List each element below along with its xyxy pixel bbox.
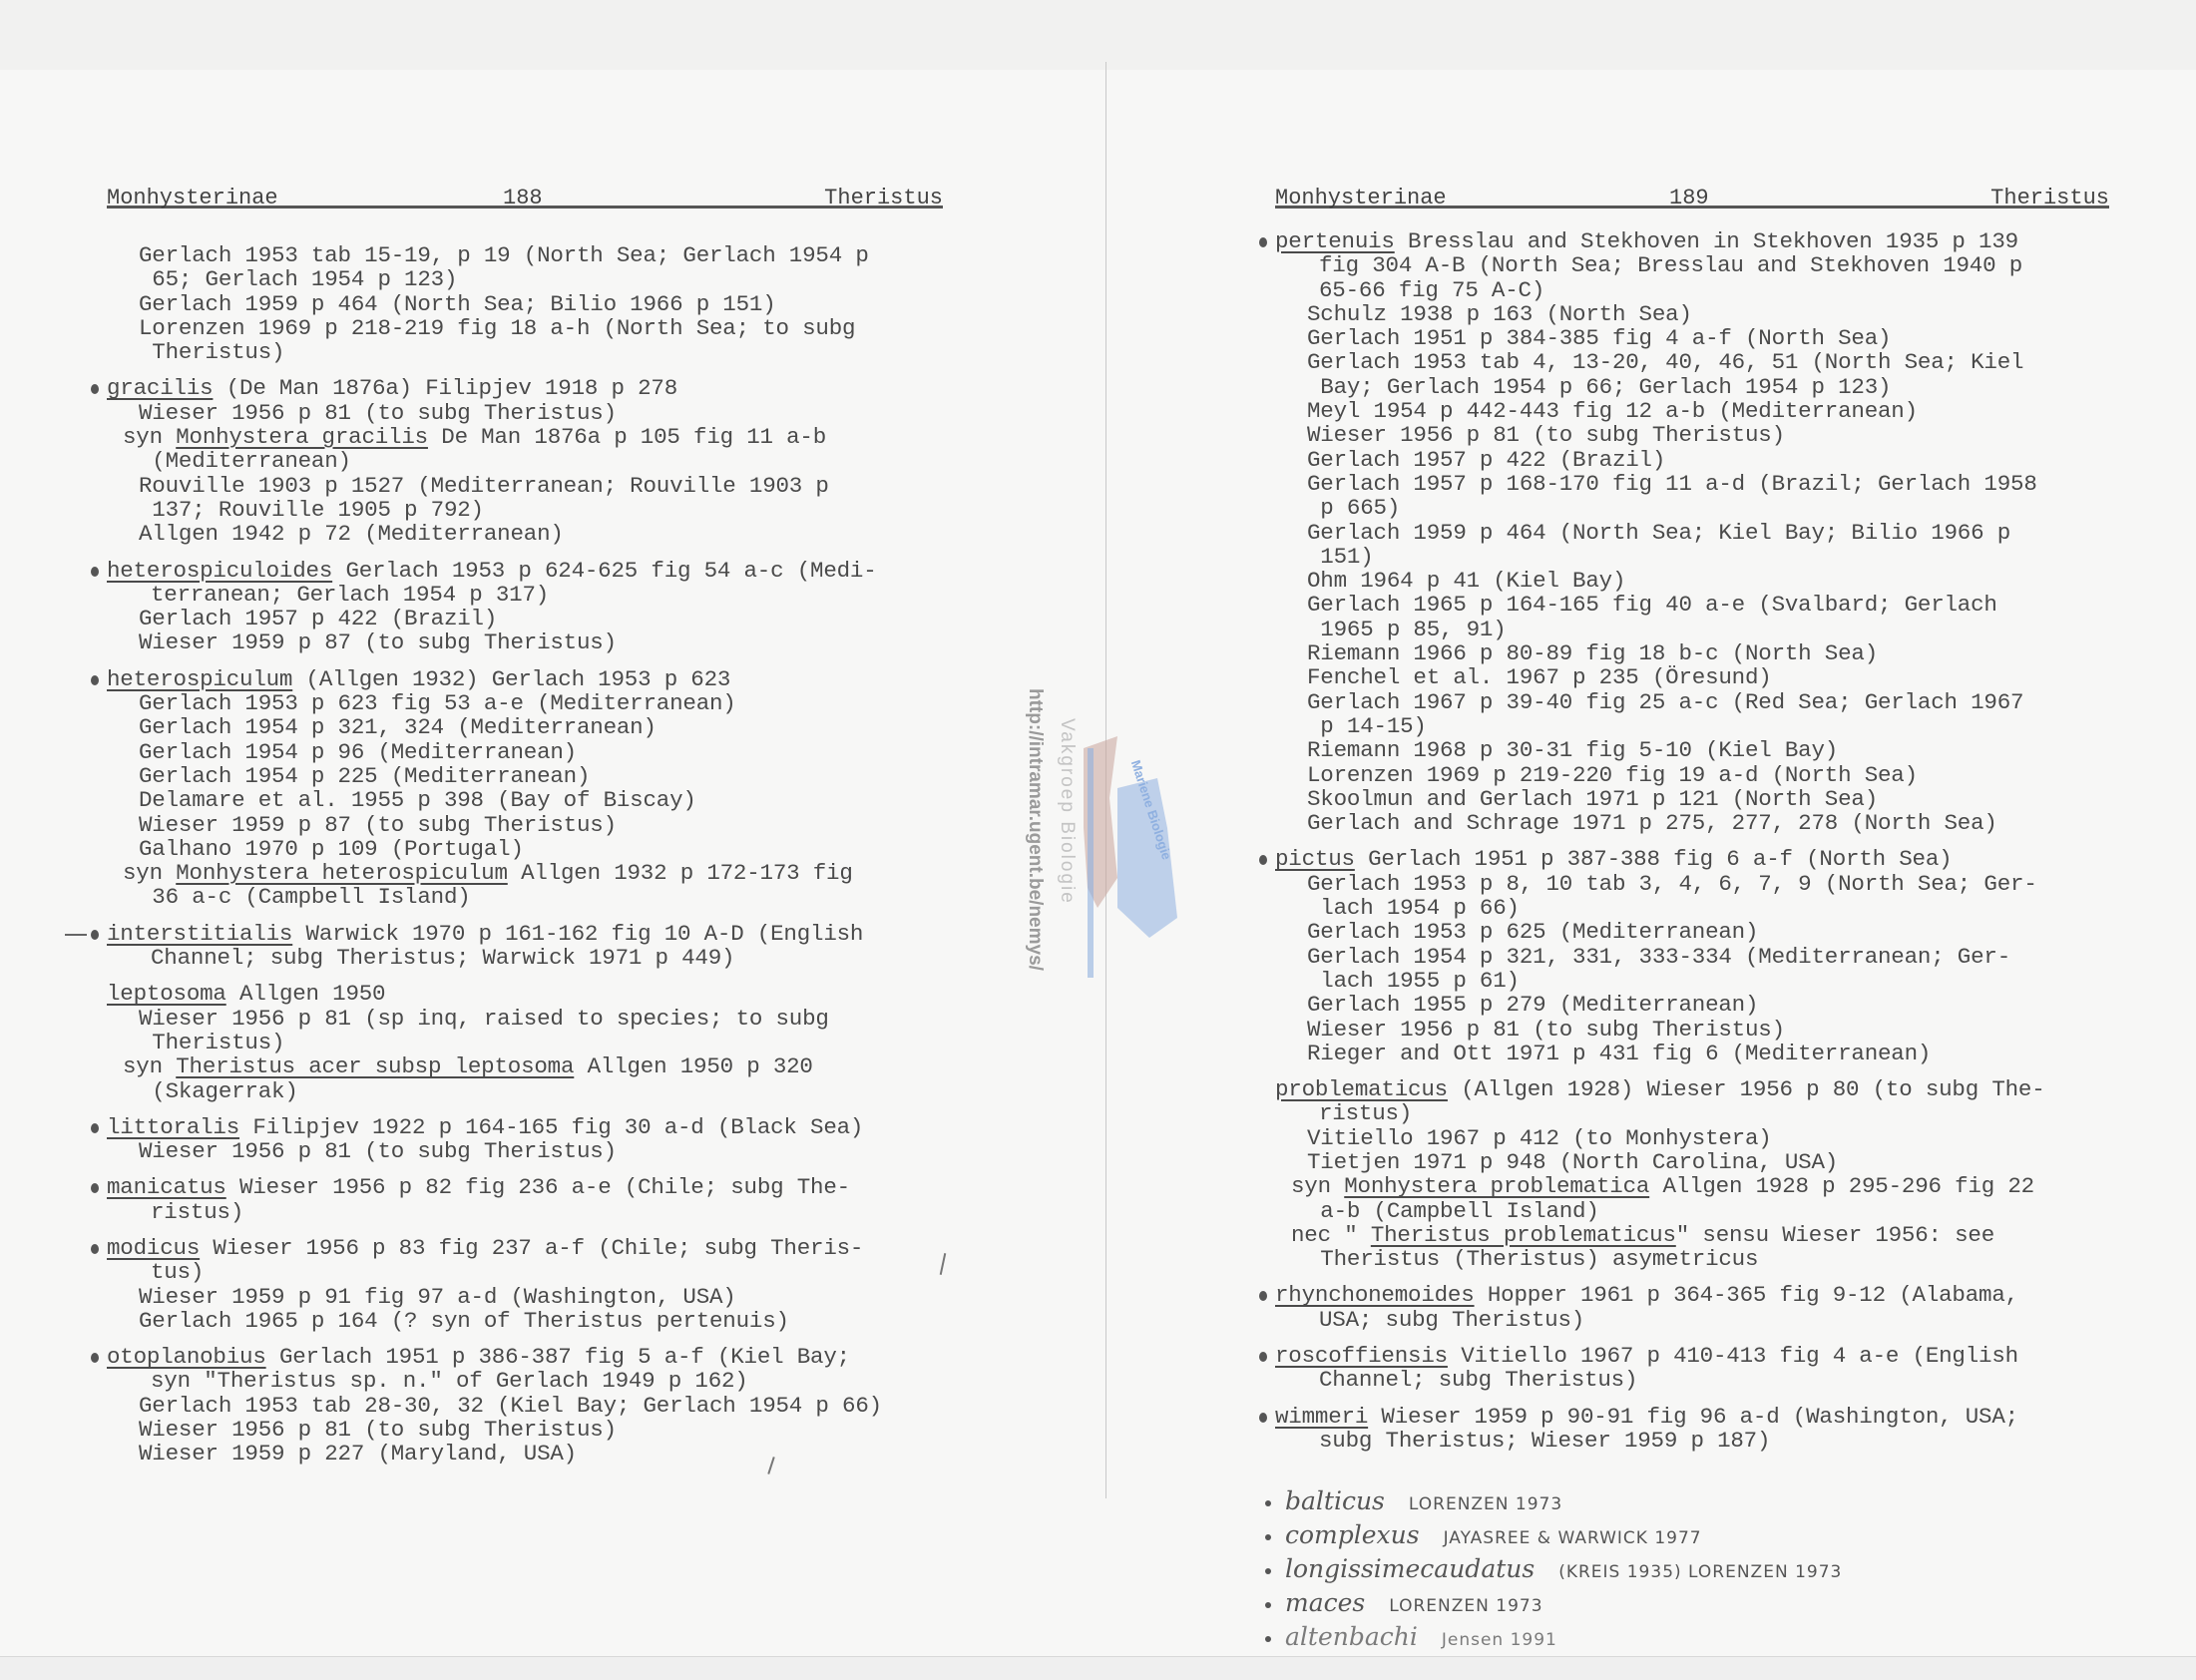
- scan-margin-bottom: [0, 1656, 2196, 1680]
- species-entry: pictus Gerlach 1951 p 387-388 fig 6 a-f …: [1275, 847, 2109, 1065]
- bullet-marker-icon: [91, 1183, 99, 1193]
- reference-line: Wieser 1956 p 81 (to subg Theristus): [1275, 1018, 2109, 1042]
- synonym-citation: Allgen 1932 p 172-173 fig: [508, 860, 853, 886]
- reference-line: lach 1955 p 61): [1275, 969, 2109, 993]
- synonym-prefix: syn: [1291, 1173, 1344, 1199]
- species-entry: roscoffiensis Vitiello 1967 p 410-413 fi…: [1275, 1344, 2109, 1393]
- species-citation: Warwick 1970 p 161-162 fig 10 A-D (Engli…: [292, 921, 863, 947]
- bullet-marker-icon: [91, 384, 99, 394]
- handwritten-entry: altenbachiJensen 1991: [1265, 1622, 1557, 1651]
- reference-line: Gerlach 1959 p 464 (North Sea; Bilio 196…: [107, 292, 943, 316]
- reference-line: 36 a-c (Campbell Island): [107, 885, 943, 909]
- bullet-marker-icon: [91, 1244, 99, 1254]
- reference-line: Gerlach 1953 tab 4, 13-20, 40, 46, 51 (N…: [1275, 350, 2109, 374]
- species-citation: Wieser 1956 p 83 fig 237 a-f (Chile; sub…: [200, 1235, 863, 1261]
- reference-line: fig 304 A-B (North Sea; Bresslau and Ste…: [1275, 253, 2109, 277]
- reference-line: 1965 p 85, 91): [1275, 618, 2109, 641]
- reference-line: lach 1954 p 66): [1275, 896, 2109, 920]
- reference-line: Vitiello 1967 p 412 (to Monhystera): [1275, 1126, 2109, 1150]
- species-name: littoralis: [107, 1114, 239, 1140]
- species-citation: Gerlach 1951 p 386-387 fig 5 a-f (Kiel B…: [266, 1344, 850, 1370]
- handwritten-author: LORENZEN 1973: [1409, 1494, 1562, 1514]
- reference-line: ristus): [1275, 1101, 2109, 1125]
- synonym-name: Monhystera problematica: [1344, 1173, 1649, 1199]
- species-entry: interstitialis Warwick 1970 p 161-162 fi…: [107, 922, 943, 971]
- species-name: heterospiculoides: [107, 558, 332, 584]
- reference-line: Wieser 1959 p 91 fig 97 a-d (Washington,…: [107, 1285, 943, 1309]
- synonym-line: syn Monhystera heterospiculum Allgen 193…: [107, 861, 943, 885]
- nec-line: nec " Theristus problematicus" sensu Wie…: [1275, 1223, 2109, 1247]
- header-rule: [1275, 206, 2109, 209]
- reference-line: Gerlach 1954 p 321, 331, 333-334 (Medite…: [1275, 945, 2109, 969]
- species-name: manicatus: [107, 1174, 226, 1200]
- species-heading: rhynchonemoides Hopper 1961 p 364-365 fi…: [1275, 1283, 2109, 1307]
- nec-citation: " sensu Wieser 1956: see: [1676, 1222, 1994, 1248]
- bullet-marker-icon: [1265, 1568, 1271, 1574]
- species-citation: Wieser 1959 p 90-91 fig 96 a-d (Washingt…: [1368, 1404, 2018, 1430]
- species-citation: Hopper 1961 p 364-365 fig 9-12 (Alabama,: [1475, 1282, 2018, 1308]
- reference-line: 65; Gerlach 1954 p 123): [107, 267, 943, 291]
- reference-line: Gerlach and Schrage 1971 p 275, 277, 278…: [1275, 811, 2109, 835]
- species-entry: Gerlach 1953 tab 15-19, p 19 (North Sea;…: [107, 243, 943, 364]
- bullet-marker-icon: [1259, 1291, 1267, 1301]
- reference-line: Ohm 1964 p 41 (Kiel Bay): [1275, 569, 2109, 593]
- handwritten-species: maces: [1285, 1588, 1365, 1617]
- handwritten-author: JAYASREE & WARWICK 1977: [1444, 1528, 1702, 1548]
- species-name: rhynchonemoides: [1275, 1282, 1475, 1308]
- bullet-marker-icon: [91, 567, 99, 577]
- species-name: roscoffiensis: [1275, 1343, 1448, 1369]
- synonym-citation: Allgen 1950 p 320: [574, 1053, 812, 1079]
- species-entry: modicus Wieser 1956 p 83 fig 237 a-f (Ch…: [107, 1236, 943, 1333]
- species-heading: roscoffiensis Vitiello 1967 p 410-413 fi…: [1275, 1344, 2109, 1368]
- reference-line: Gerlach 1954 p 96 (Mediterranean): [107, 740, 943, 764]
- reference-line: Rieger and Ott 1971 p 431 fig 6 (Mediter…: [1275, 1042, 2109, 1065]
- reference-line: USA; subg Theristus): [1275, 1308, 2109, 1332]
- reference-line: 137; Rouville 1905 p 792): [107, 498, 943, 522]
- reference-line: Wieser 1956 p 81 (sp inq, raised to spec…: [107, 1007, 943, 1031]
- dash-marker-icon: [65, 934, 87, 936]
- bullet-marker-icon: [1259, 1413, 1267, 1423]
- reference-line: Fenchel et al. 1967 p 235 (Öresund): [1275, 665, 2109, 689]
- page-header: Monhysterinae 189 Theristus: [1275, 186, 2109, 215]
- species-heading: manicatus Wieser 1956 p 82 fig 236 a-e (…: [107, 1175, 943, 1199]
- page-header: Monhysterinae 188 Theristus: [107, 186, 943, 215]
- reference-line: 151): [1275, 545, 2109, 569]
- species-heading: interstitialis Warwick 1970 p 161-162 fi…: [107, 922, 943, 946]
- handwritten-author: (KREIS 1935) LORENZEN 1973: [1558, 1562, 1842, 1582]
- reference-line: Gerlach 1953 p 623 fig 53 a-e (Mediterra…: [107, 691, 943, 715]
- reference-line: Gerlach 1957 p 168-170 fig 11 a-d (Brazi…: [1275, 472, 2109, 496]
- reference-line: Wieser 1959 p 87 (to subg Theristus): [107, 813, 943, 837]
- reference-line: Wieser 1956 p 81 (to subg Theristus): [107, 401, 943, 425]
- reference-line: a-b (Campbell Island): [1275, 1199, 2109, 1223]
- bullet-marker-icon: [1259, 237, 1267, 247]
- synonym-prefix: syn: [123, 860, 176, 886]
- bullet-marker-icon: [91, 930, 99, 940]
- species-heading: problematicus (Allgen 1928) Wieser 1956 …: [1275, 1077, 2109, 1101]
- reference-line: Bay; Gerlach 1954 p 66; Gerlach 1954 p 1…: [1275, 375, 2109, 399]
- reference-line: Skoolmun and Gerlach 1971 p 121 (North S…: [1275, 787, 2109, 811]
- species-citation: (De Man 1876a) Filipjev 1918 p 278: [213, 375, 677, 401]
- species-name: pictus: [1275, 846, 1355, 872]
- handwritten-entry: longissimecaudatus(KREIS 1935) LORENZEN …: [1265, 1554, 1842, 1583]
- species-entry: wimmeri Wieser 1959 p 90-91 fig 96 a-d (…: [1275, 1405, 2109, 1454]
- watermark-department: Vakgroep Biologie: [1056, 718, 1078, 905]
- species-heading: otoplanobius Gerlach 1951 p 386-387 fig …: [107, 1345, 943, 1369]
- reference-line: Gerlach 1967 p 39-40 fig 25 a-c (Red Sea…: [1275, 690, 2109, 714]
- reference-line: terranean; Gerlach 1954 p 317): [107, 583, 943, 607]
- species-citation: Filipjev 1922 p 164-165 fig 30 a-d (Blac…: [239, 1114, 863, 1140]
- reference-line: Gerlach 1955 p 279 (Mediterranean): [1275, 993, 2109, 1017]
- species-citation: Wieser 1956 p 82 fig 236 a-e (Chile; sub…: [226, 1174, 850, 1200]
- reference-line: Galhano 1970 p 109 (Portugal): [107, 837, 943, 861]
- species-citation: Gerlach 1953 p 624-625 fig 54 a-c (Medi-: [332, 558, 876, 584]
- species-heading: pertenuis Bresslau and Stekhoven in Stek…: [1275, 229, 2109, 253]
- species-name: leptosoma: [107, 981, 226, 1007]
- header-rule: [107, 206, 943, 209]
- species-heading: gracilis (De Man 1876a) Filipjev 1918 p …: [107, 376, 943, 400]
- synonym-line: syn Theristus acer subsp leptosoma Allge…: [107, 1054, 943, 1078]
- reference-line: syn "Theristus sp. n." of Gerlach 1949 p…: [107, 1369, 943, 1393]
- synonym-citation: Allgen 1928 p 295-296 fig 22: [1649, 1173, 2034, 1199]
- reference-line: Gerlach 1953 tab 15-19, p 19 (North Sea;…: [107, 243, 943, 267]
- species-name: pertenuis: [1275, 228, 1395, 254]
- reference-line: tus): [107, 1260, 943, 1284]
- reference-line: Gerlach 1953 tab 28-30, 32 (Kiel Bay; Ge…: [107, 1394, 943, 1418]
- reference-line: (Skagerrak): [107, 1079, 943, 1103]
- bullet-marker-icon: [91, 675, 99, 685]
- reference-line: Channel; subg Theristus; Warwick 1971 p …: [107, 946, 943, 970]
- species-entry: gracilis (De Man 1876a) Filipjev 1918 p …: [107, 376, 943, 546]
- synonym-line: syn Monhystera gracilis De Man 1876a p 1…: [107, 425, 943, 449]
- bullet-marker-icon: [1265, 1534, 1271, 1540]
- species-entry: heterospiculum (Allgen 1932) Gerlach 195…: [107, 667, 943, 910]
- reference-line: Gerlach 1959 p 464 (North Sea; Kiel Bay;…: [1275, 521, 2109, 545]
- species-heading: littoralis Filipjev 1922 p 164-165 fig 3…: [107, 1115, 943, 1139]
- bullet-marker-icon: [91, 1353, 99, 1363]
- species-heading: leptosoma Allgen 1950: [107, 982, 943, 1006]
- species-heading: heterospiculoides Gerlach 1953 p 624-625…: [107, 559, 943, 583]
- species-heading: wimmeri Wieser 1959 p 90-91 fig 96 a-d (…: [1275, 1405, 2109, 1429]
- synonym-name: Theristus acer subsp leptosoma: [176, 1053, 574, 1079]
- reference-line: Riemann 1968 p 30-31 fig 5-10 (Kiel Bay): [1275, 738, 2109, 762]
- reference-line: Theristus): [107, 340, 943, 364]
- species-citation: Bresslau and Stekhoven in Stekhoven 1935…: [1395, 228, 2018, 254]
- species-list: pertenuis Bresslau and Stekhoven in Stek…: [1275, 229, 2109, 1465]
- reference-line: Lorenzen 1969 p 218-219 fig 18 a-h (Nort…: [107, 316, 943, 340]
- reference-line: Riemann 1966 p 80-89 fig 18 b-c (North S…: [1275, 641, 2109, 665]
- reference-line: Gerlach 1951 p 384-385 fig 4 a-f (North …: [1275, 326, 2109, 350]
- reference-line: (Mediterranean): [107, 449, 943, 473]
- species-entry: rhynchonemoides Hopper 1961 p 364-365 fi…: [1275, 1283, 2109, 1332]
- reference-line: p 665): [1275, 496, 2109, 520]
- bullet-marker-icon: [1259, 855, 1267, 865]
- reference-line: Allgen 1942 p 72 (Mediterranean): [107, 522, 943, 546]
- species-entry: heterospiculoides Gerlach 1953 p 624-625…: [107, 559, 943, 655]
- species-name: gracilis: [107, 375, 213, 401]
- species-citation: Gerlach 1951 p 387-388 fig 6 a-f (North …: [1355, 846, 1953, 872]
- synonym-citation: De Man 1876a p 105 fig 11 a-b: [428, 424, 826, 450]
- reference-line: Gerlach 1957 p 422 (Brazil): [107, 607, 943, 630]
- handwritten-species: complexus: [1285, 1520, 1420, 1549]
- reference-line: Wieser 1956 p 81 (to subg Theristus): [1275, 423, 2109, 447]
- handwritten-author: LORENZEN 1973: [1389, 1596, 1542, 1616]
- watermark-url: http://intramar.ugent.be/nemys/: [1024, 688, 1046, 971]
- bullet-marker-icon: [1265, 1636, 1271, 1642]
- species-entry: leptosoma Allgen 1950Wieser 1956 p 81 (s…: [107, 982, 943, 1102]
- species-citation: Allgen 1950: [226, 981, 386, 1007]
- handwritten-entry: balticusLORENZEN 1973: [1265, 1486, 1562, 1515]
- reference-line: Delamare et al. 1955 p 398 (Bay of Bisca…: [107, 788, 943, 812]
- reference-line: Theristus): [107, 1031, 943, 1054]
- reference-line: Wieser 1959 p 87 (to subg Theristus): [107, 630, 943, 654]
- species-heading: pictus Gerlach 1951 p 387-388 fig 6 a-f …: [1275, 847, 2109, 871]
- handwritten-author: Jensen 1991: [1442, 1630, 1557, 1650]
- species-name: interstitialis: [107, 921, 292, 947]
- reference-line: Rouville 1903 p 1527 (Mediterranean; Rou…: [107, 474, 943, 498]
- bullet-marker-icon: [1265, 1602, 1271, 1608]
- reference-line: Schulz 1938 p 163 (North Sea): [1275, 302, 2109, 326]
- species-name: problematicus: [1275, 1076, 1448, 1102]
- reference-line: Gerlach 1954 p 321, 324 (Mediterranean): [107, 715, 943, 739]
- handwritten-species: balticus: [1285, 1486, 1385, 1515]
- reference-line: Gerlach 1953 p 625 (Mediterranean): [1275, 920, 2109, 944]
- bullet-marker-icon: [1259, 1352, 1267, 1362]
- reference-line: Theristus (Theristus) asymetricus: [1275, 1247, 2109, 1271]
- synonym-line: syn Monhystera problematica Allgen 1928 …: [1275, 1174, 2109, 1198]
- species-heading: modicus Wieser 1956 p 83 fig 237 a-f (Ch…: [107, 1236, 943, 1260]
- species-entry: problematicus (Allgen 1928) Wieser 1956 …: [1275, 1077, 2109, 1271]
- synonym-name: Monhystera gracilis: [176, 424, 428, 450]
- reference-line: Gerlach 1957 p 422 (Brazil): [1275, 448, 2109, 472]
- species-name: wimmeri: [1275, 1404, 1368, 1430]
- reference-line: Lorenzen 1969 p 219-220 fig 19 a-d (Nort…: [1275, 763, 2109, 787]
- reference-line: ristus): [107, 1200, 943, 1224]
- species-entry: otoplanobius Gerlach 1951 p 386-387 fig …: [107, 1345, 943, 1466]
- reference-line: p 14-15): [1275, 714, 2109, 738]
- nec-prefix: nec ": [1291, 1222, 1371, 1248]
- reference-line: Meyl 1954 p 442-443 fig 12 a-b (Mediterr…: [1275, 399, 2109, 423]
- reference-line: Wieser 1959 p 227 (Maryland, USA): [107, 1442, 943, 1466]
- species-entry: manicatus Wieser 1956 p 82 fig 236 a-e (…: [107, 1175, 943, 1224]
- bullet-marker-icon: [1265, 1500, 1271, 1506]
- handwritten-entry: complexusJAYASREE & WARWICK 1977: [1265, 1520, 1702, 1549]
- reference-line: Gerlach 1965 p 164 (? syn of Theristus p…: [107, 1309, 943, 1333]
- reference-line: Wieser 1956 p 81 (to subg Theristus): [107, 1139, 943, 1163]
- reference-line: 65-66 fig 75 A-C): [1275, 278, 2109, 302]
- nec-name: Theristus problematicus: [1371, 1222, 1676, 1248]
- species-citation: Vitiello 1967 p 410-413 fig 4 a-e (Engli…: [1448, 1343, 2018, 1369]
- reference-line: Wieser 1956 p 81 (to subg Theristus): [107, 1418, 943, 1442]
- reference-line: Channel; subg Theristus): [1275, 1368, 2109, 1392]
- species-name: heterospiculum: [107, 666, 292, 692]
- handwritten-species: longissimecaudatus: [1285, 1554, 1535, 1583]
- reference-line: Gerlach 1953 p 8, 10 tab 3, 4, 6, 7, 9 (…: [1275, 872, 2109, 896]
- handwritten-species: altenbachi: [1285, 1622, 1418, 1651]
- species-citation: (Allgen 1932) Gerlach 1953 p 623: [292, 666, 730, 692]
- bullet-marker-icon: [91, 1123, 99, 1133]
- synonym-name: Monhystera heterospiculum: [176, 860, 508, 886]
- reference-line: Gerlach 1965 p 164-165 fig 40 a-e (Svalb…: [1275, 593, 2109, 617]
- species-name: otoplanobius: [107, 1344, 266, 1370]
- species-name: modicus: [107, 1235, 200, 1261]
- reference-line: subg Theristus; Wieser 1959 p 187): [1275, 1429, 2109, 1453]
- synonym-prefix: syn: [123, 424, 176, 450]
- species-entry: pertenuis Bresslau and Stekhoven in Stek…: [1275, 229, 2109, 835]
- reference-line: Gerlach 1954 p 225 (Mediterranean): [107, 764, 943, 788]
- species-heading: heterospiculum (Allgen 1932) Gerlach 195…: [107, 667, 943, 691]
- reference-line: Tietjen 1971 p 948 (North Carolina, USA): [1275, 1150, 2109, 1174]
- species-citation: (Allgen 1928) Wieser 1956 p 80 (to subg …: [1448, 1076, 2045, 1102]
- handwritten-entry: macesLORENZEN 1973: [1265, 1588, 1543, 1617]
- species-entry: littoralis Filipjev 1922 p 164-165 fig 3…: [107, 1115, 943, 1164]
- synonym-prefix: syn: [123, 1053, 176, 1079]
- species-list: Gerlach 1953 tab 15-19, p 19 (North Sea;…: [107, 243, 943, 1478]
- scan-margin-top: [0, 0, 2196, 70]
